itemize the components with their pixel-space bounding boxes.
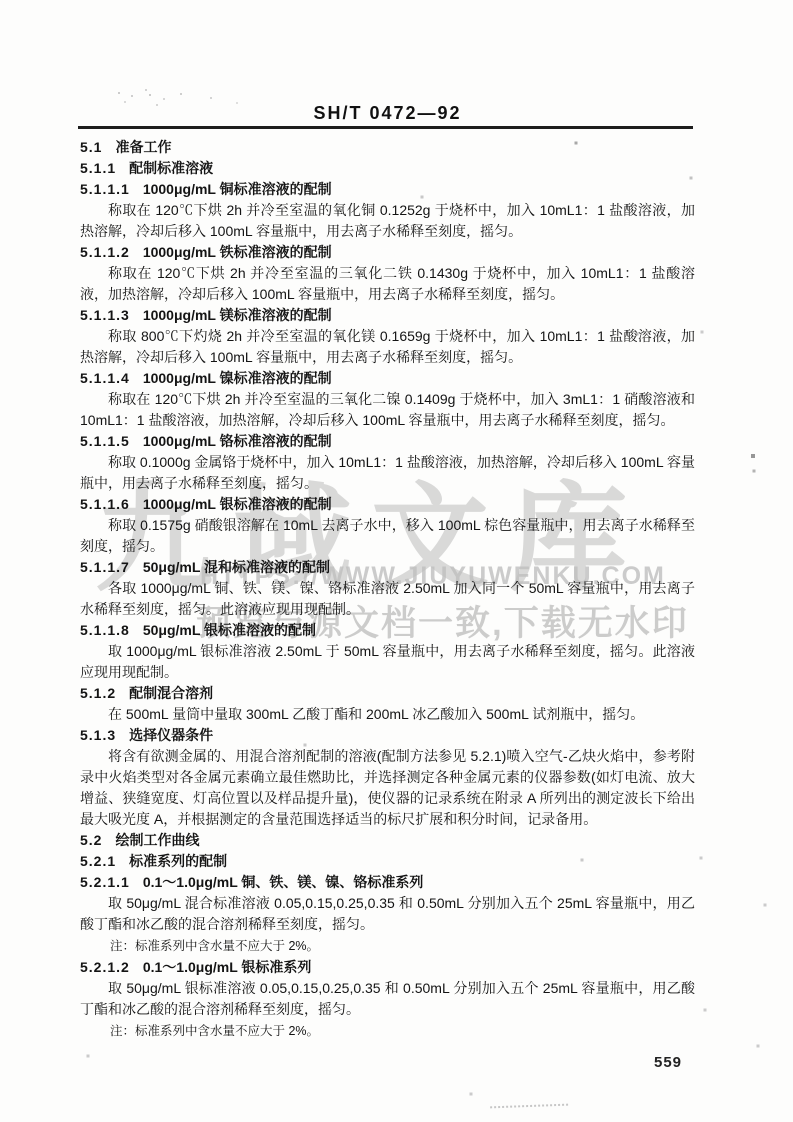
page-number: 559 (638, 1054, 698, 1071)
section-number: 5.1.3 (80, 727, 116, 743)
section-heading: 5.1.1.51000μg/mL 铬标准溶液的配制 (80, 431, 695, 452)
paragraph: 称取 0.1000g 金属铬于烧杯中，加入 10mL1：1 盐酸溶液，加热溶解，… (80, 452, 695, 494)
document-body: 5.1准备工作5.1.1配制标准溶液5.1.1.11000μg/mL 铜标准溶液… (80, 137, 695, 1042)
section-heading: 5.1准备工作 (80, 137, 695, 158)
section-number: 5.2 (80, 832, 102, 848)
section-title: 50μg/mL 混和标准溶液的配制 (143, 559, 330, 575)
header-rule (78, 126, 693, 129)
section-title: 1000μg/mL 镁标准溶液的配制 (143, 307, 332, 323)
section-heading: 5.2绘制工作曲线 (80, 830, 695, 851)
section-title: 配制标准溶液 (129, 160, 213, 176)
section-title: 绘制工作曲线 (115, 832, 199, 848)
section-title: 1000μg/mL 银标准溶液的配制 (143, 496, 332, 512)
section-heading: 5.1.3选择仪器条件 (80, 725, 695, 746)
section-title: 准备工作 (115, 139, 171, 155)
paragraph: 取 50μg/mL 混合标准溶液 0.05,0.15,0.25,0.35 和 0… (80, 893, 695, 935)
section-heading: 5.1.1.41000μg/mL 镍标准溶液的配制 (80, 368, 695, 389)
pencil-scribble (490, 1098, 568, 1109)
section-number: 5.1.2 (80, 685, 116, 701)
section-number: 5.1.1.7 (80, 559, 130, 575)
paragraph: 在 500mL 量筒中量取 300mL 乙酸丁酯和 200mL 冰乙酸加入 50… (80, 704, 695, 725)
paragraph: 称取在 120℃下烘 2h 并冷至室温的三氧化二镍 0.1409g 于烧杯中，加… (80, 389, 695, 431)
section-number: 5.1.1.6 (80, 496, 130, 512)
section-title: 1000μg/mL 镍标准溶液的配制 (143, 370, 332, 386)
section-heading: 5.1.1.61000μg/mL 银标准溶液的配制 (80, 494, 695, 515)
section-title: 选择仪器条件 (129, 727, 213, 743)
section-heading: 5.1.2配制混合溶剂 (80, 683, 695, 704)
paragraph: 称取在 120℃下烘 2h 并冷至室温的氧化铜 0.1252g 于烧杯中，加入 … (80, 200, 695, 242)
section-number: 5.1.1.4 (80, 370, 130, 386)
section-heading: 5.2.1.10.1～1.0μg/mL 铜、铁、镁、镍、铬标准系列 (80, 872, 695, 893)
paragraph: 取 1000μg/mL 银标准溶液 2.50mL 于 50mL 容量瓶中，用去离… (80, 641, 695, 683)
paragraph: 称取在 120℃下烘 2h 并冷至室温的三氧化二铁 0.1430g 于烧杯中，加… (80, 263, 695, 305)
section-number: 5.1.1.2 (80, 244, 130, 260)
scan-speck (0, 0, 2, 2)
section-title: 50μg/mL 银标准溶液的配制 (143, 622, 316, 638)
section-number: 5.2.1.1 (80, 874, 130, 890)
paragraph: 称取 800℃下灼烧 2h 并冷至室温的氧化镁 0.1659g 于烧杯中，加入 … (80, 326, 695, 368)
section-title: 1000μg/mL 铁标准溶液的配制 (143, 244, 332, 260)
section-number: 5.2.1.2 (80, 959, 130, 975)
section-title: 0.1～1.0μg/mL 铜、铁、镁、镍、铬标准系列 (143, 874, 424, 890)
section-title: 配制混合溶剂 (129, 685, 213, 701)
section-heading: 5.2.1.20.1～1.0μg/mL 银标准系列 (80, 957, 695, 978)
section-heading: 5.1.1.11000μg/mL 铜标准溶液的配制 (80, 179, 695, 200)
section-title: 标准系列的配制 (129, 853, 227, 869)
section-heading: 5.2.1标准系列的配制 (80, 851, 695, 872)
section-number: 5.1.1.1 (80, 181, 130, 197)
section-title: 1000μg/mL 铜标准溶液的配制 (143, 181, 332, 197)
note: 注：标准系列中含水量不应大于 2%。 (110, 935, 695, 957)
section-heading: 5.1.1.850μg/mL 银标准溶液的配制 (80, 620, 695, 641)
section-number: 5.1.1.8 (80, 622, 130, 638)
paragraph: 称取 0.1575g 硝酸银溶解在 10mL 去离子水中，移入 100mL 棕色… (80, 515, 695, 557)
section-number: 5.1.1.5 (80, 433, 130, 449)
section-number: 5.1.1.3 (80, 307, 130, 323)
paragraph: 将含有欲测金属的、用混合溶剂配制的溶液(配制方法参见 5.2.1)喷入空气-乙炔… (80, 746, 695, 830)
document-page: SH/T 0472—92 九域文库 HTTPS://WWW.JIUYUWENKU… (0, 0, 793, 1122)
section-heading: 5.1.1.31000μg/mL 镁标准溶液的配制 (80, 305, 695, 326)
section-title: 1000μg/mL 铬标准溶液的配制 (143, 433, 332, 449)
standard-number: SH/T 0472—92 (78, 103, 697, 124)
note: 注：标准系列中含水量不应大于 2%。 (110, 1020, 695, 1042)
section-heading: 5.1.1.750μg/mL 混和标准溶液的配制 (80, 557, 695, 578)
paragraph: 取 50μg/mL 银标准溶液 0.05,0.15,0.25,0.35 和 0.… (80, 978, 695, 1020)
pencil-smudge (118, 92, 120, 94)
section-heading: 5.1.1配制标准溶液 (80, 158, 695, 179)
section-number: 5.1.1 (80, 160, 116, 176)
section-title: 0.1～1.0μg/mL 银标准系列 (143, 959, 312, 975)
section-heading: 5.1.1.21000μg/mL 铁标准溶液的配制 (80, 242, 695, 263)
section-number: 5.2.1 (80, 853, 116, 869)
paragraph: 各取 1000μg/mL 铜、铁、镁、镍、铬标准溶液 2.50mL 加入同一个 … (80, 578, 695, 620)
section-number: 5.1 (80, 139, 102, 155)
